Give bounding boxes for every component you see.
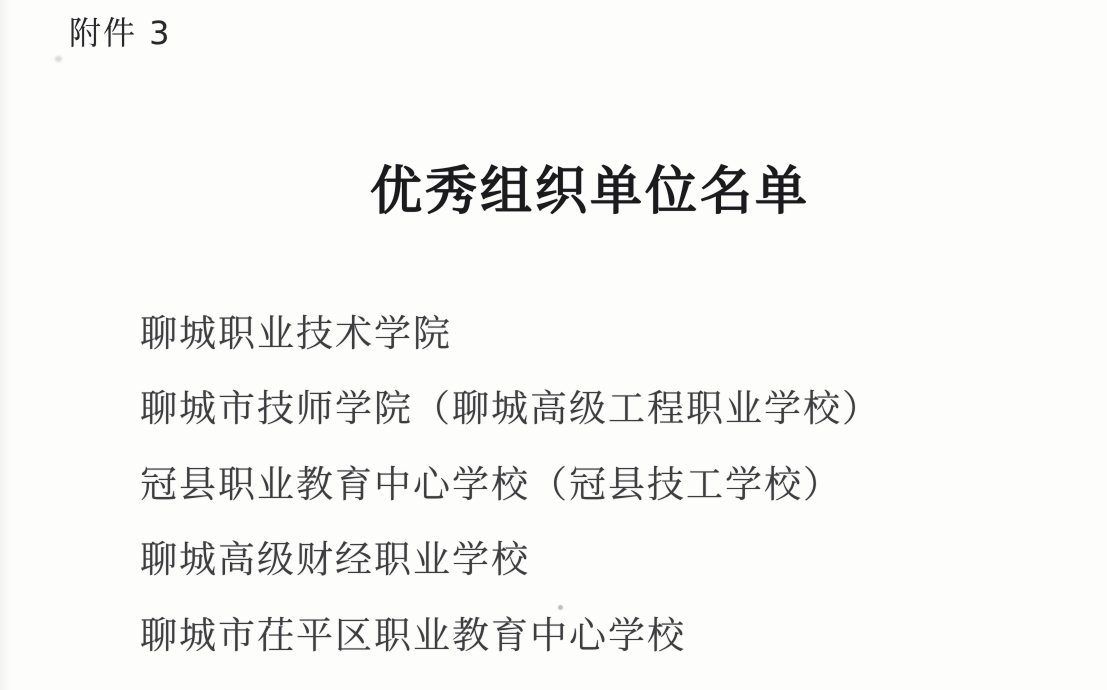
organization-list-item: 聊城市茌平区职业教育中心学校 [140, 594, 1067, 670]
document-page: 附件 3 优秀组织单位名单 聊城职业技术学院 聊城市技师学院（聊城高级工程职业学… [0, 0, 1107, 690]
page-title: 优秀组织单位名单 [370, 149, 810, 224]
attachment-label: 附件 3 [69, 8, 172, 54]
scan-speck [55, 56, 62, 62]
organization-list-item: 冠县职业教育中心学校（冠县技工学校） [140, 443, 1067, 519]
organization-list-item: 聊城市技师学院（聊城高级工程职业学校） [140, 368, 1067, 444]
organization-list-item: 聊城高级财经职业学校 [140, 519, 1067, 595]
organization-list: 聊城职业技术学院 聊城市技师学院（聊城高级工程职业学校） 冠县职业教育中心学校（… [140, 292, 1067, 670]
organization-list-item: 聊城职业技术学院 [140, 292, 1067, 368]
scan-edge-shade [0, 0, 10, 690]
